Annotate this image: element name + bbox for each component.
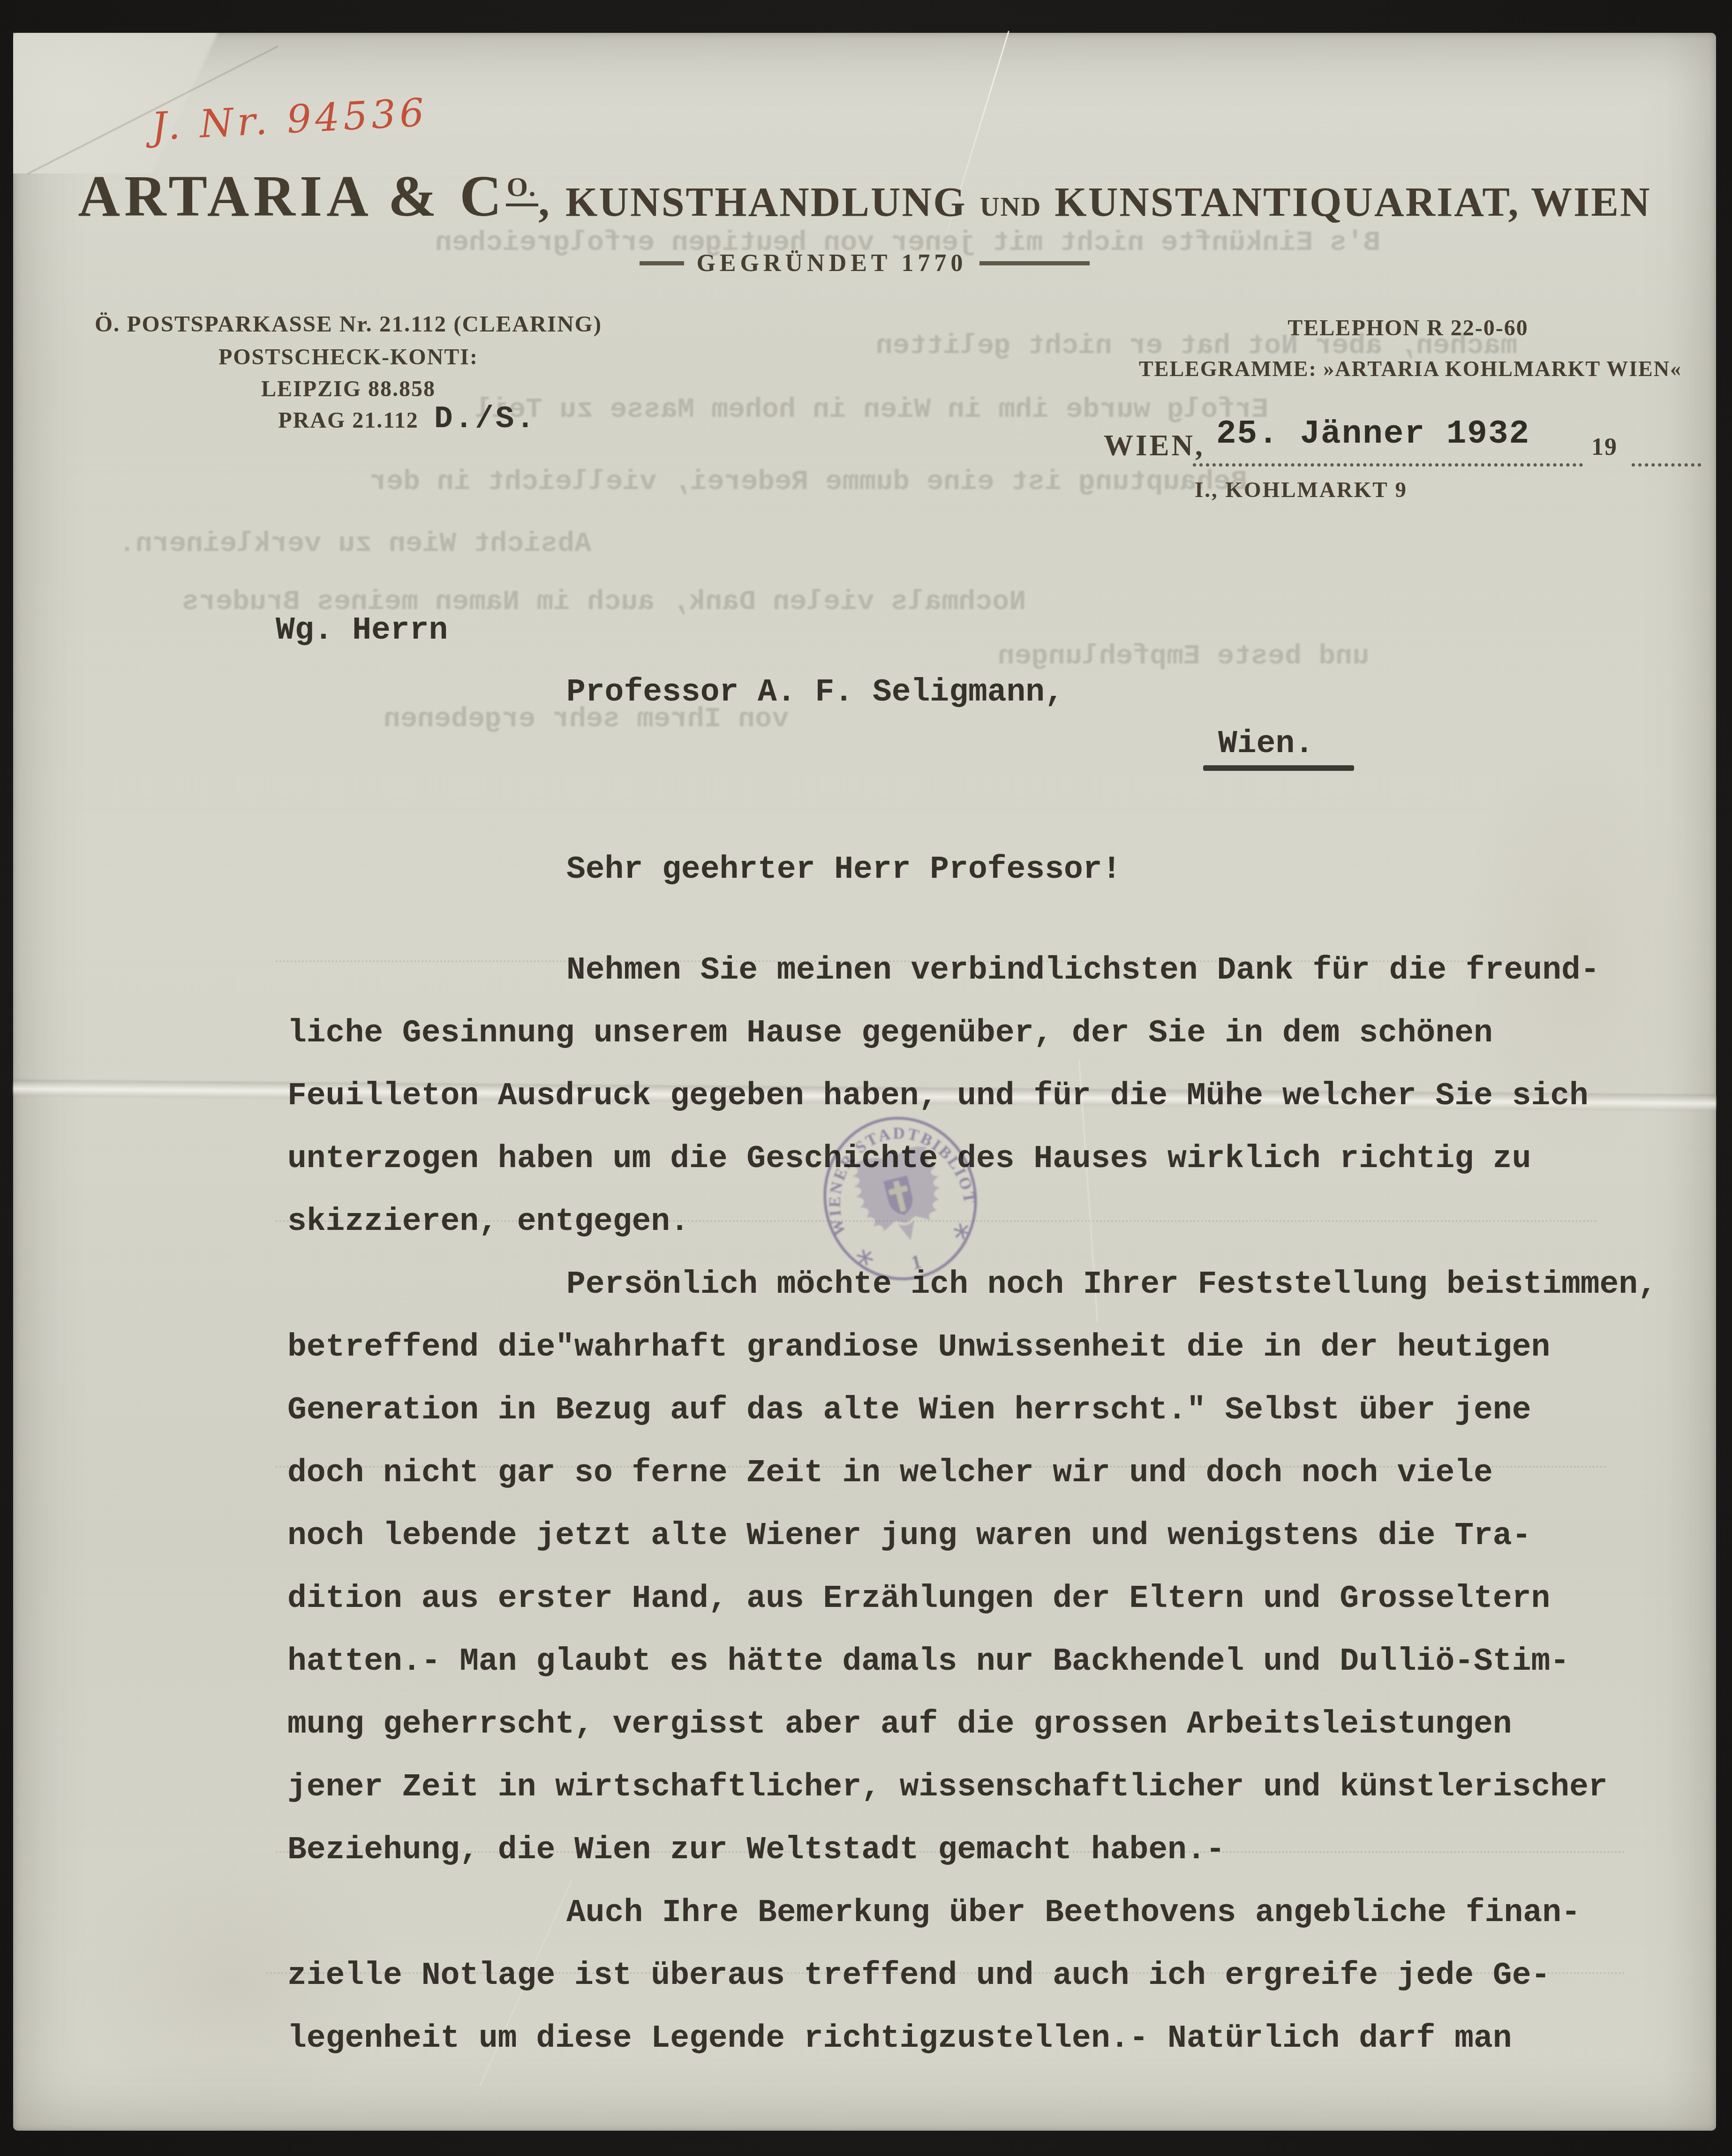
telephone-line: TELEPHON R 22-0-60 [1152,315,1664,341]
stamp-star-left: * [853,1242,880,1285]
preprinted-year: 19 [1591,433,1618,461]
bleedthrough-line: und beste Empfehlungen [998,641,1369,672]
konto-leipzig: LEIPZIG 88.858 [83,376,613,402]
recipient-city-underline [1203,765,1354,771]
bleedthrough-line: Behauptung ist eine dumme Rederei, viell… [369,466,1247,498]
bleedthrough-line: Absicht Wien zu verkleinern. [119,528,591,560]
body-line: betreffend die"wahrhaft grandiose Unwiss… [287,1316,1657,1379]
company-name-comma: , [538,175,550,226]
letter-paper: B's Einkünfte nicht mit jener von heutig… [13,33,1716,2131]
body-line: Nehmen Sie meinen verbindlichsten Dank f… [287,939,1657,1002]
date-dotted-rule [1193,435,1583,467]
library-stamp: WIENER STADTBIBLIOTHEK * 1 * [806,1107,994,1294]
company-co-superscript: O. [506,171,539,206]
company-name: ARTARIA & C [78,163,506,230]
dictation-initials: D./S. [434,401,536,437]
business-type-1: KUNSTHANDLUNG [565,179,967,226]
year-dotted-rule [1632,435,1701,467]
body-line: zielle Notlage ist überaus treffend und … [287,1945,1657,2007]
body-line: jener Zeit in wirtschaftlicher, wissensc… [287,1756,1657,1819]
postsparkasse-line: Ö. POSTSPARKASSE Nr. 21.112 (CLEARING) [83,310,613,337]
founded-text: GEGRÜNDET 1770 [696,249,967,277]
founded-line: GEGRÜNDET 1770 [13,249,1716,277]
letterhead: ARTARIA & CO., KUNSTHANDLUNG UND KUNSTAN… [13,163,1716,230]
salutation: Sehr geehrter Herr Professor! [566,852,1121,888]
body-line: Beziehung, die Wien zur Weltstadt gemach… [287,1819,1657,1882]
body-line: noch lebende jetzt alte Wiener jung ware… [287,1505,1657,1568]
body-line: mung geherrscht, vergisst aber auf die g… [287,1693,1657,1756]
stamp-number: 1 [909,1251,924,1274]
body-line: Auch Ihre Bemerkung über Beethovens ange… [287,1882,1657,1945]
rule-dash-left [640,261,684,265]
rule-dash-right [979,261,1090,265]
body-line: Generation in Bezug auf das alte Wien he… [287,1379,1657,1442]
body-line: doch nicht gar so ferne Zeit in welcher … [287,1442,1657,1505]
postscheck-konti-label: POSTSCHECK-KONTI: [83,344,613,370]
body-line: dition aus erster Hand, aus Erzählungen … [287,1568,1657,1630]
dateline-city: WIEN, [1104,429,1205,463]
recipient-name: Professor A. F. Seligmann, [566,674,1064,710]
body-line: legenheit um diese Legende richtigzustel… [287,2007,1657,2070]
conjunction-und: UND [980,191,1042,222]
body-line: liche Gesinnung unserem Hause gegenüber,… [287,1002,1657,1065]
body-line: hatten.- Man glaubt es hätte damals nur … [287,1630,1657,1693]
recipient-city: Wien. [1218,726,1314,762]
business-type-2: KUNSTANTIQUARIAT, WIEN [1054,179,1651,226]
telegram-line: TELEGRAMME: »ARTARIA KOHLMARKT WIEN« [1134,356,1687,381]
recipient-intro: Wg. Herrn [276,612,448,648]
street-address: I., KOHLMARKT 9 [1195,477,1408,503]
